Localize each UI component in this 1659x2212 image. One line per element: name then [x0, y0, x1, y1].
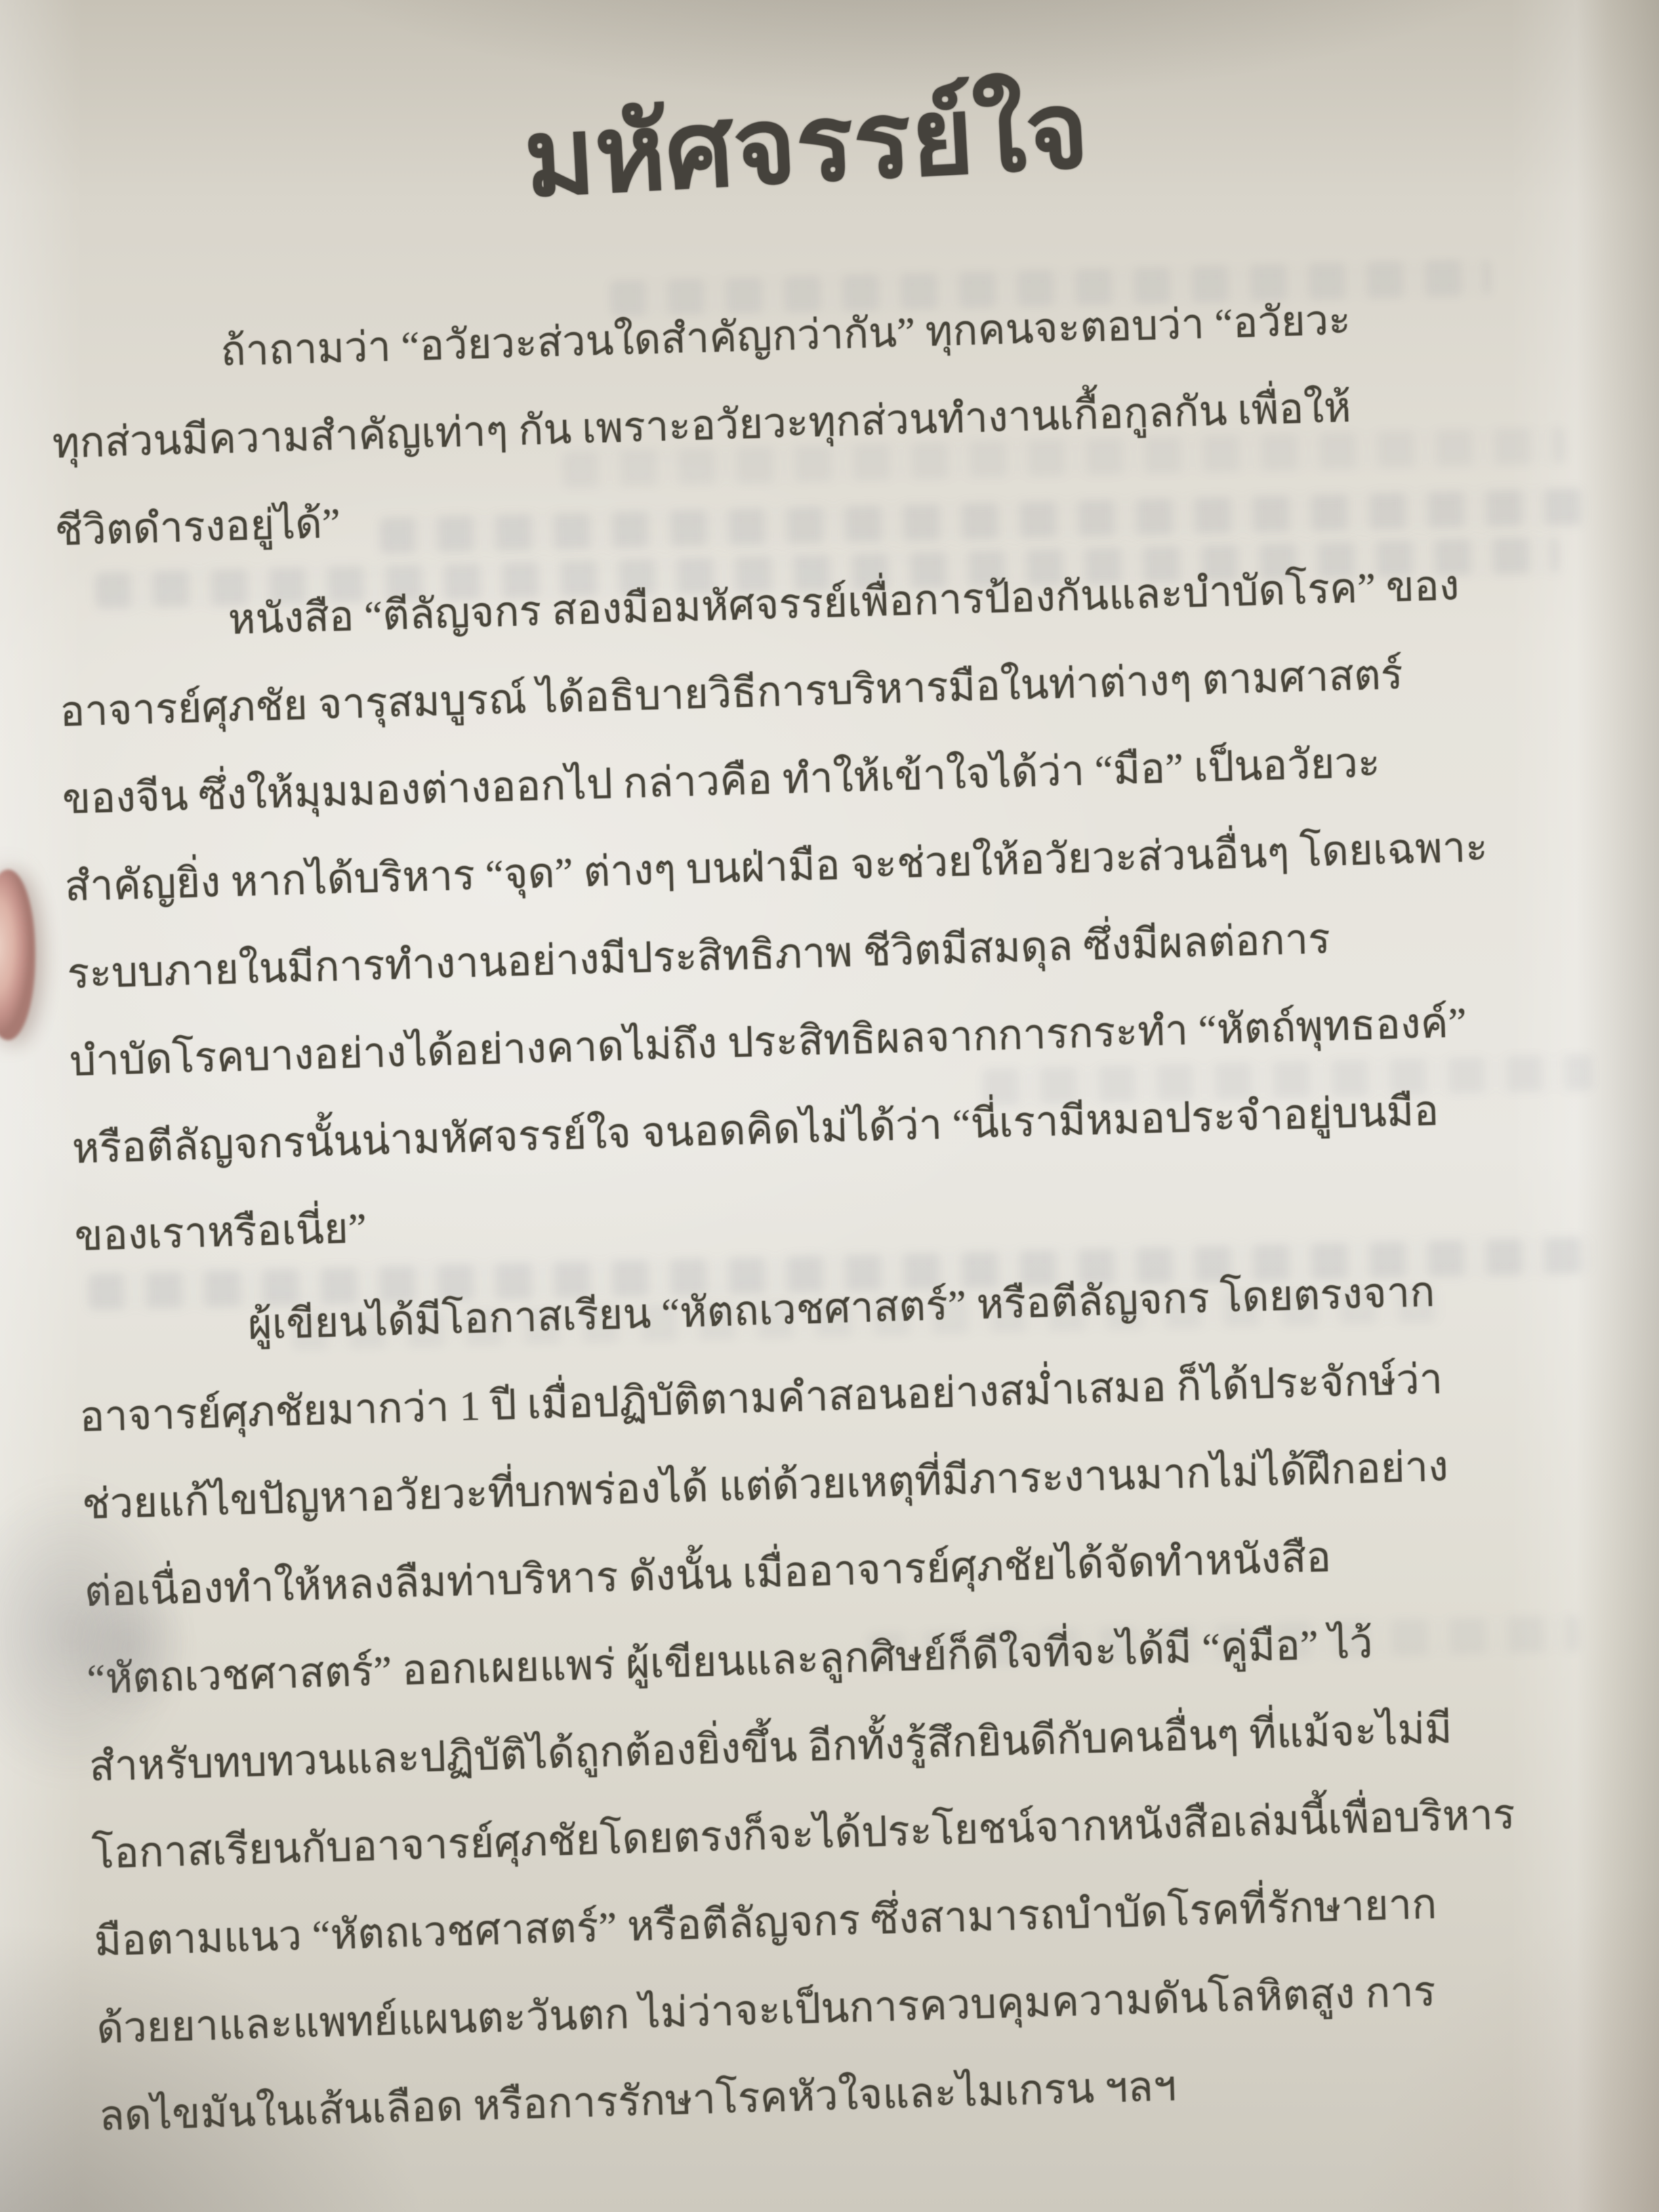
body-text: ถ้าถามว่า “อวัยวะส่วนใดสำคัญกว่ากัน” ทุก… [49, 269, 1659, 2160]
paragraph: ผู้เขียนได้มีโอกาสเรียน “หัตถเวชศาสตร์” … [76, 1243, 1659, 2160]
hand-shadow-inner [47, 1552, 210, 1742]
paragraph: หนังสือ “ตีลัญจกร สองมือมหัศจรรย์เพื่อกา… [56, 537, 1647, 1280]
paragraph: ถ้าถามว่า “อวัยวะส่วนใดสำคัญกว่ากัน” ทุก… [49, 269, 1628, 575]
book-page-photo: มหัศจรรย์ใจ ถ้าถามว่า “อวัยวะส่วนใดสำคัญ… [0, 0, 1659, 2212]
